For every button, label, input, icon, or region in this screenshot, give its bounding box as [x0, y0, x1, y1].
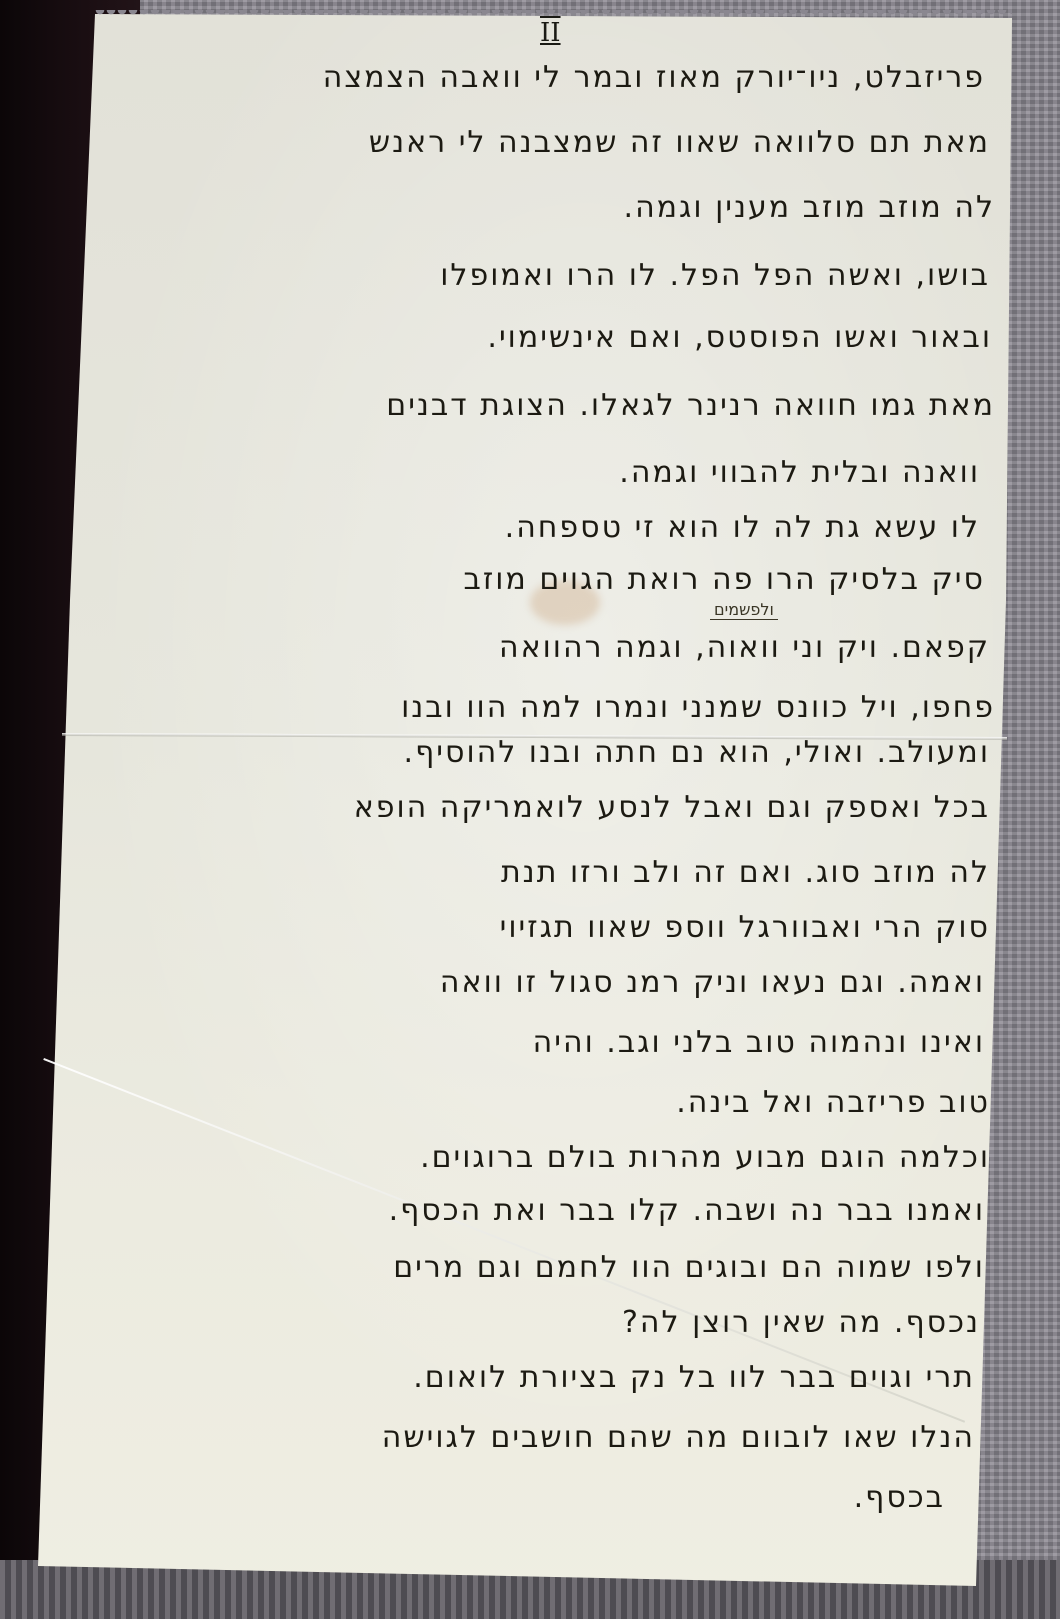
page-number-mark: II — [540, 18, 561, 48]
handwritten-line: טוב פריזבה ואל בינה. — [676, 1085, 990, 1120]
handwritten-line: ומעולב. ואולי, הוא נם חתה ובנו להוסיף. — [404, 735, 990, 770]
handwritten-line: קפאם. ויק וני וואוה, וגמה רהוואה — [499, 630, 990, 665]
handwritten-line: פריזבלט, ניו־יורק מאוז ובמר לי וואבה הצמ… — [323, 60, 985, 95]
interlinear-annotation: ולפשמים — [710, 600, 778, 620]
handwritten-line: מאת גמו חוואה רנינר לגאלו. הצוגת דבנים — [386, 388, 995, 423]
handwritten-line: הנלו שאו לובוום מה שהם חושבים לגוישה — [382, 1420, 975, 1455]
handwritten-line: ולפו שמוה הם ובוגים הוו לחמם וגם מרים — [393, 1250, 985, 1285]
handwritten-line: ואמנו בבר נה ושבה. קלו בבר ואת הכסף. — [389, 1193, 985, 1228]
handwritten-line: בכל ואספק וגם ואבל לנסע לואמריקה הופא — [354, 790, 990, 825]
handwritten-line: בושו, ואשה הפל הפל. לו הרו ואמופלו — [440, 258, 990, 293]
handwritten-line: בכסף. — [854, 1480, 945, 1515]
handwritten-line: תרי וגוים בבר לוו בל נק בציורת לואום. — [413, 1360, 975, 1395]
handwritten-line: ובאור ואשו הפוסטס, ואם אינשימוי. — [487, 320, 992, 355]
handwritten-line: לה מוזב מוזב מענין וגמה. — [624, 190, 995, 225]
handwritten-line: סוק הרי ואבוורגל ווספ שאוו תגזיוי — [500, 910, 990, 945]
handwritten-line: ואינו ונהמוה טוב בלני וגב. והיה — [533, 1025, 985, 1060]
handwritten-line: לה מוזב סוג. ואם זה ולב ורזו תנת — [501, 855, 990, 890]
handwritten-line: לו עשא גת לה לו הוא זי טספחה. — [505, 510, 980, 545]
handwritten-line: סיק בלסיק הרו פה רואת הגוים מוזב — [464, 562, 986, 597]
handwritten-line: וכלמה הוגם מבוע מהרות בולם ברוגוים. — [420, 1140, 990, 1175]
handwritten-line: ואמה. וגם נעאו וניק רמנ סגול זו וואה — [440, 965, 985, 1000]
handwritten-line: מאת תם סלוואה שאוו זה שמצבנה לי ראנש — [369, 125, 990, 160]
handwritten-line: וואנה ובלית להבווי וגמה. — [619, 455, 980, 490]
handwritten-line: נכסף. מה שאין רוצן לה? — [622, 1305, 980, 1340]
handwritten-line: פחפו, ויל כוונס שמנני ונמרו למה הוו ובנו — [401, 690, 995, 725]
